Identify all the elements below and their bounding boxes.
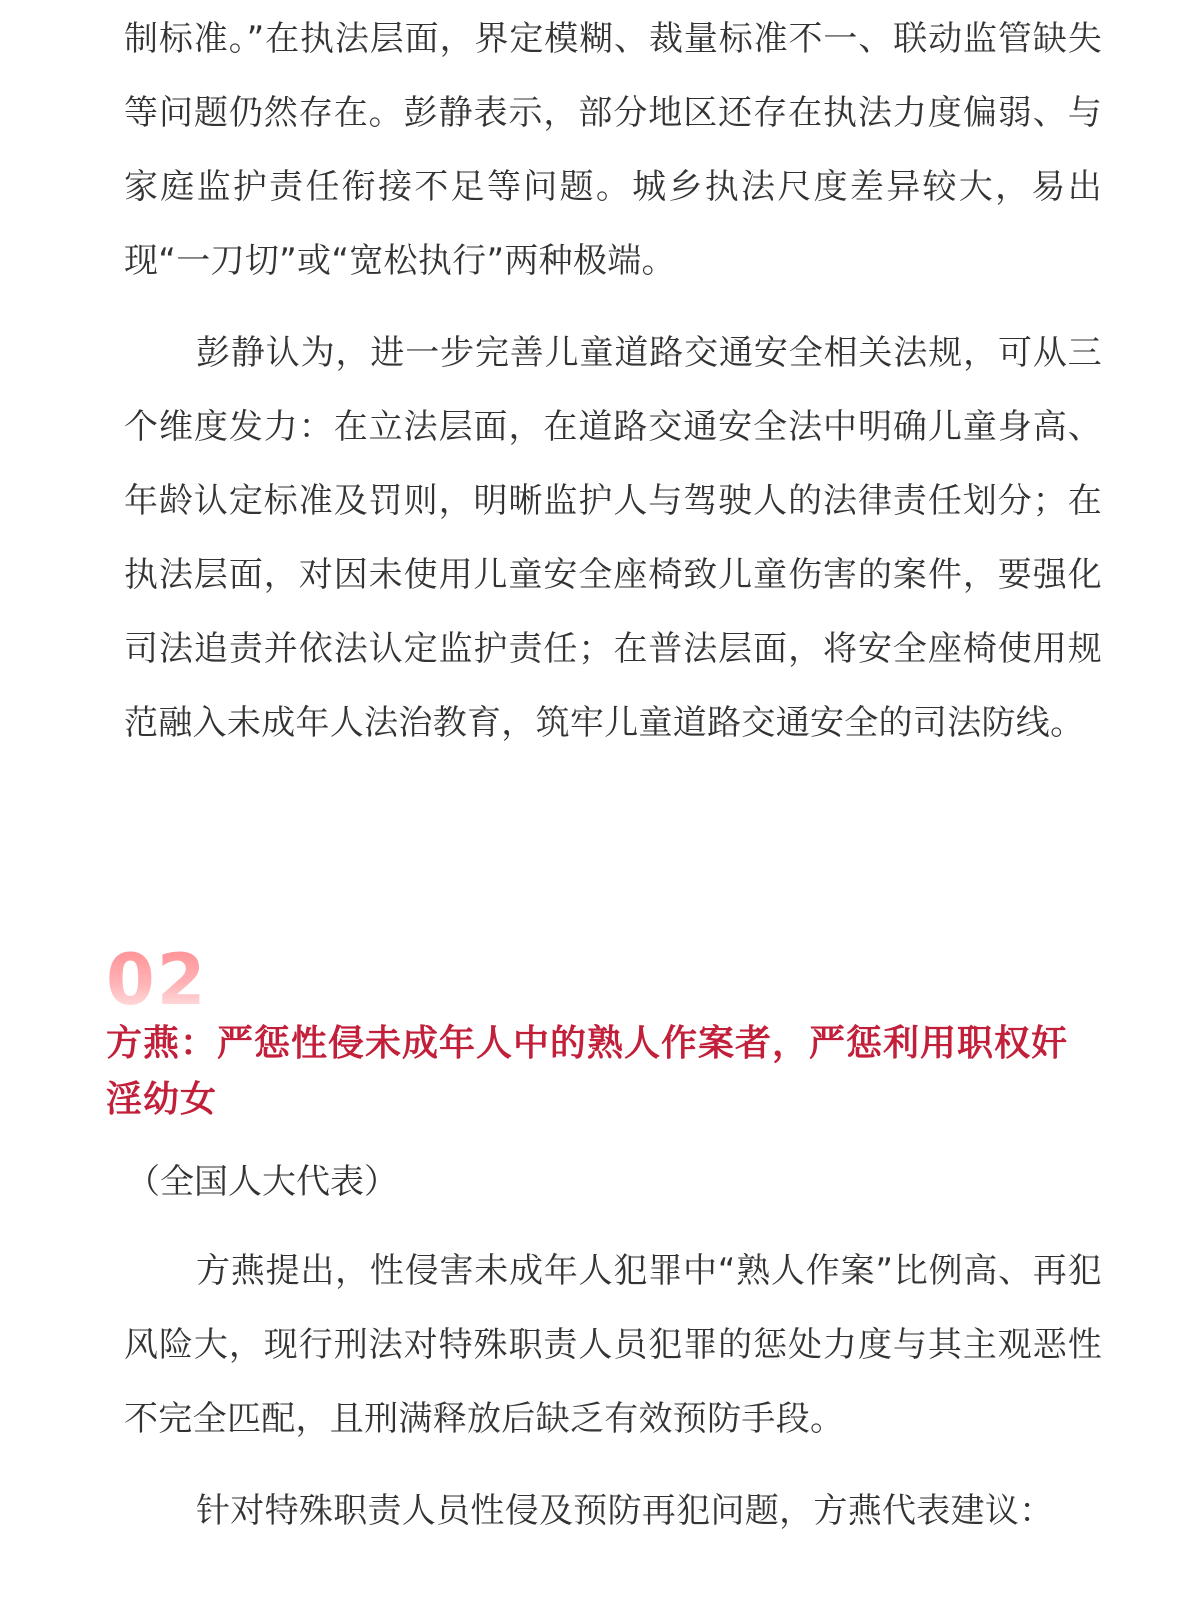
speaker-title: （全国人大代表） [126, 1152, 398, 1212]
section-number: 02 [106, 940, 207, 1020]
paragraph-three-dimensions: 彭静认为，进一步完善儿童道路交通安全相关法规，可从三个维度发力：在立法层面，在道… [124, 316, 1102, 760]
paragraph-enforcement-issues: 制标准。”在执法层面，界定模糊、裁量标准不一、联动监管缺失等问题仍然存在。彭静表… [124, 2, 1102, 298]
paragraph-recommendation-intro: 针对特殊职责人员性侵及预防再犯问题，方燕代表建议： [124, 1474, 1102, 1548]
paragraph-acquaintance-crimes: 方燕提出，性侵害未成年人犯罪中“熟人作案”比例高、再犯风险大，现行刑法对特殊职责… [124, 1234, 1102, 1456]
section-heading: 方燕：严惩性侵未成年人中的熟人作案者，严惩利用职权奸淫幼女 [106, 1016, 1096, 1128]
